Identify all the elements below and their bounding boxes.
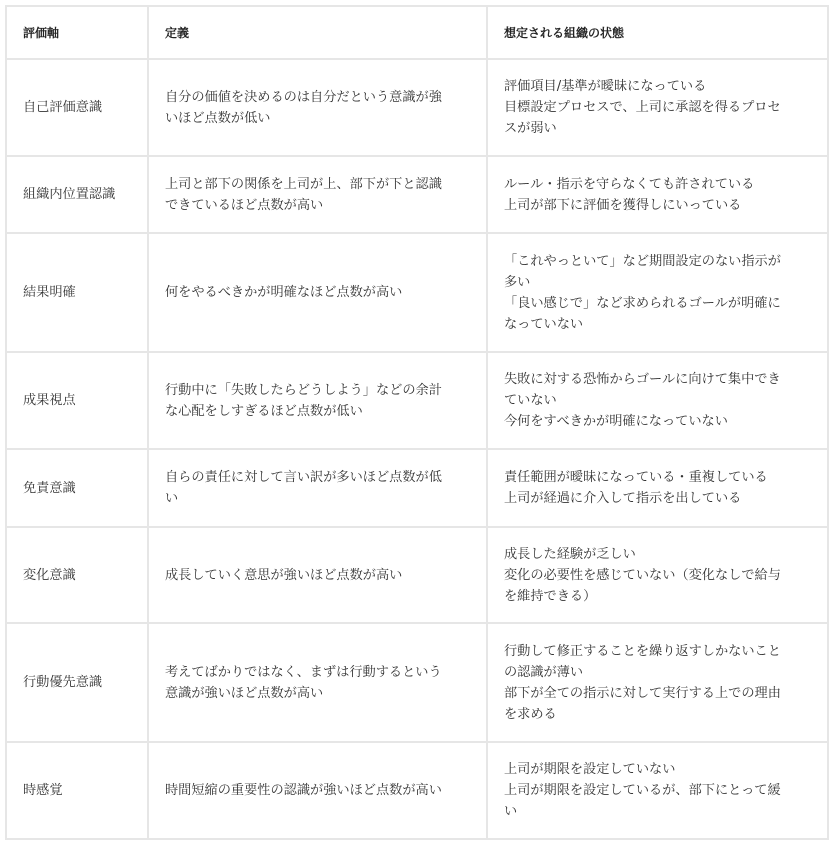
cell-definition: 自らの責任に対して言い訳が多いほど点数が低い bbox=[148, 449, 487, 527]
table-header-row: 評価軸 定義 想定される組織の状態 bbox=[6, 6, 828, 59]
text-line: 変化の必要性を感じていない（変化なしで給与 bbox=[504, 565, 817, 586]
table-row: 時感覚時間短縮の重要性の認識が強いほど点数が高い上司が期限を設定していない上司が… bbox=[6, 742, 828, 839]
cell-organization-state: 「これやっといて」など期間設定のない指示が多い「良い感じで」など求められるゴール… bbox=[487, 233, 828, 352]
cell-organization-state: 評価項目/基準が曖昧になっている目標設定プロセスで、上司に承認を得るプロセスが弱… bbox=[487, 59, 828, 156]
text-line: 行動中に「失敗したらどうしよう」などの余計 bbox=[165, 380, 476, 401]
text-line: 目標設定プロセスで、上司に承認を得るプロセ bbox=[504, 97, 817, 118]
table-row: 成果視点行動中に「失敗したらどうしよう」などの余計な心配をしすぎるほど点数が低い… bbox=[6, 352, 828, 449]
text-line: 「良い感じで」など求められるゴールが明確に bbox=[504, 293, 817, 314]
text-line: 上司が経過に介入して指示を出している bbox=[504, 488, 817, 509]
cell-axis: 結果明確 bbox=[6, 233, 148, 352]
text-line: を求める bbox=[504, 704, 817, 725]
text-line: 「これやっといて」など期間設定のない指示が bbox=[504, 251, 817, 272]
text-line: い bbox=[165, 488, 476, 509]
text-line: な心配をしすぎるほど点数が低い bbox=[165, 401, 476, 422]
text-line: ていない bbox=[504, 390, 817, 411]
text-line: 評価項目/基準が曖昧になっている bbox=[504, 76, 817, 97]
text-line: 成長した経験が乏しい bbox=[504, 544, 817, 565]
cell-axis: 成果視点 bbox=[6, 352, 148, 449]
cell-definition: 上司と部下の関係を上司が上、部下が下と認識できているほど点数が高い bbox=[148, 156, 487, 233]
text-line: 多い bbox=[504, 272, 817, 293]
table-row: 変化意識成長していく意思が強いほど点数が高い成長した経験が乏しい変化の必要性を感… bbox=[6, 527, 828, 623]
text-line: 上司と部下の関係を上司が上、部下が下と認識 bbox=[165, 174, 476, 195]
text-line: 自分の価値を決めるのは自分だという意識が強 bbox=[165, 87, 476, 108]
cell-definition: 成長していく意思が強いほど点数が高い bbox=[148, 527, 487, 623]
cell-organization-state: 成長した経験が乏しい変化の必要性を感じていない（変化なしで給与を維持できる） bbox=[487, 527, 828, 623]
cell-organization-state: 上司が期限を設定していない上司が期限を設定しているが、部下にとって緩い bbox=[487, 742, 828, 839]
text-line: 自らの責任に対して言い訳が多いほど点数が低 bbox=[165, 467, 476, 488]
text-line: 何をやるべきかが明確なほど点数が高い bbox=[165, 282, 476, 303]
text-line: の認識が薄い bbox=[504, 662, 817, 683]
text-line: スが弱い bbox=[504, 118, 817, 139]
cell-axis: 免責意識 bbox=[6, 449, 148, 527]
text-line: 成長していく意思が強いほど点数が高い bbox=[165, 565, 476, 586]
cell-organization-state: 行動して修正することを繰り返すしかないことの認識が薄い部下が全ての指示に対して実… bbox=[487, 623, 828, 742]
text-line: い bbox=[504, 801, 817, 822]
header-definition: 定義 bbox=[148, 6, 487, 59]
text-line: できているほど点数が高い bbox=[165, 195, 476, 216]
cell-axis: 行動優先意識 bbox=[6, 623, 148, 742]
cell-axis: 組織内位置認識 bbox=[6, 156, 148, 233]
header-axis: 評価軸 bbox=[6, 6, 148, 59]
table-row: 免責意識自らの責任に対して言い訳が多いほど点数が低い責任範囲が曖昧になっている・… bbox=[6, 449, 828, 527]
text-line: 上司が部下に評価を獲得しにいっている bbox=[504, 195, 817, 216]
text-line: 行動して修正することを繰り返すしかないこと bbox=[504, 641, 817, 662]
cell-axis: 自己評価意識 bbox=[6, 59, 148, 156]
text-line: 意識が強いほど点数が高い bbox=[165, 683, 476, 704]
evaluation-axis-table: 評価軸 定義 想定される組織の状態 自己評価意識自分の価値を決めるのは自分だとい… bbox=[5, 5, 829, 840]
text-line: 失敗に対する恐怖からゴールに向けて集中でき bbox=[504, 369, 817, 390]
text-line: 上司が期限を設定していない bbox=[504, 759, 817, 780]
text-line: 時間短縮の重要性の認識が強いほど点数が高い bbox=[165, 780, 476, 801]
text-line: いほど点数が低い bbox=[165, 108, 476, 129]
cell-definition: 行動中に「失敗したらどうしよう」などの余計な心配をしすぎるほど点数が低い bbox=[148, 352, 487, 449]
cell-axis: 変化意識 bbox=[6, 527, 148, 623]
table-row: 自己評価意識自分の価値を決めるのは自分だという意識が強いほど点数が低い評価項目/… bbox=[6, 59, 828, 156]
cell-organization-state: 失敗に対する恐怖からゴールに向けて集中できていない今何をすべきかが明確になってい… bbox=[487, 352, 828, 449]
cell-axis: 時感覚 bbox=[6, 742, 148, 839]
header-organization-state: 想定される組織の状態 bbox=[487, 6, 828, 59]
cell-organization-state: 責任範囲が曖昧になっている・重複している上司が経過に介入して指示を出している bbox=[487, 449, 828, 527]
cell-definition: 何をやるべきかが明確なほど点数が高い bbox=[148, 233, 487, 352]
cell-definition: 考えてばかりではなく、まずは行動するという意識が強いほど点数が高い bbox=[148, 623, 487, 742]
text-line: ルール・指示を守らなくても許されている bbox=[504, 174, 817, 195]
text-line: 部下が全ての指示に対して実行する上での理由 bbox=[504, 683, 817, 704]
text-line: なっていない bbox=[504, 314, 817, 335]
cell-definition: 自分の価値を決めるのは自分だという意識が強いほど点数が低い bbox=[148, 59, 487, 156]
text-line: 今何をすべきかが明確になっていない bbox=[504, 411, 817, 432]
table-row: 結果明確何をやるべきかが明確なほど点数が高い「これやっといて」など期間設定のない… bbox=[6, 233, 828, 352]
text-line: 上司が期限を設定しているが、部下にとって緩 bbox=[504, 780, 817, 801]
text-line: 考えてばかりではなく、まずは行動するという bbox=[165, 662, 476, 683]
cell-definition: 時間短縮の重要性の認識が強いほど点数が高い bbox=[148, 742, 487, 839]
text-line: 責任範囲が曖昧になっている・重複している bbox=[504, 467, 817, 488]
text-line: を維持できる） bbox=[504, 586, 817, 607]
table-row: 行動優先意識考えてばかりではなく、まずは行動するという意識が強いほど点数が高い行… bbox=[6, 623, 828, 742]
cell-organization-state: ルール・指示を守らなくても許されている上司が部下に評価を獲得しにいっている bbox=[487, 156, 828, 233]
table-row: 組織内位置認識上司と部下の関係を上司が上、部下が下と認識できているほど点数が高い… bbox=[6, 156, 828, 233]
